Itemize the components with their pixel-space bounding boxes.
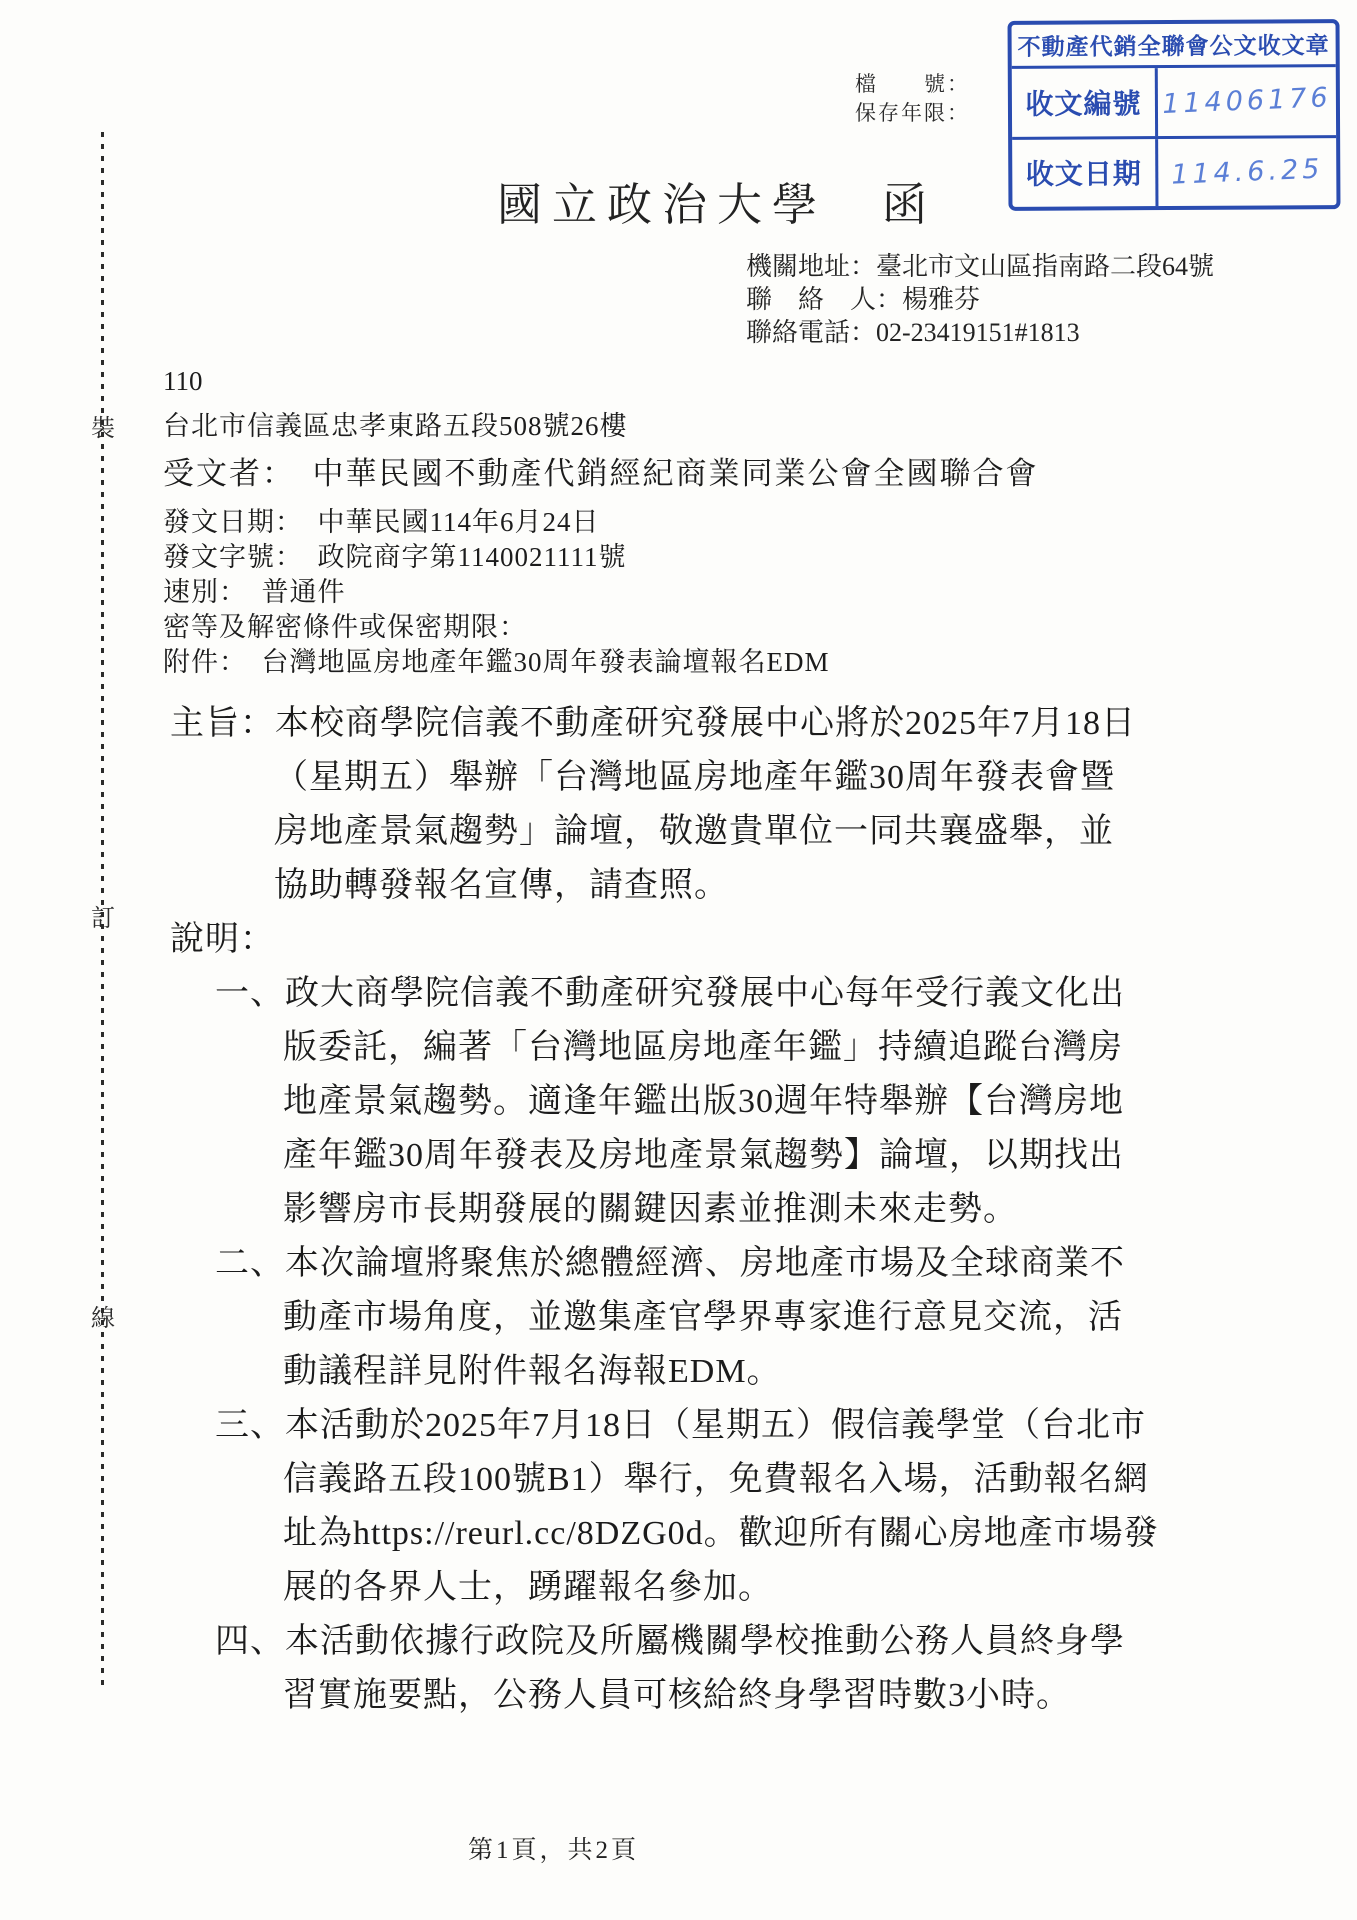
doc-number: 發文字號： 政院商字第1140021111號 — [163, 540, 830, 575]
archive-labels: 檔 號： 保存年限： — [855, 70, 970, 128]
page-number-footer: 第1頁，共2頁 — [468, 1830, 639, 1866]
binding-mark-xian: 線 — [90, 1298, 116, 1333]
explanation-item-1-line: 一、政大商學院信義不動產研究發展中心每年受行義文化出 — [215, 967, 1230, 1021]
subject-line: （星期五）舉辦「台灣地區房地產年鑑30周年發表會暨 — [274, 751, 1230, 805]
explanation-item-1-line: 產年鑑30周年發表及房地產景氣趨勢】論壇，以期找出 — [283, 1129, 1230, 1183]
subject-line: 協助轉發報名宣傳，請查照。 — [274, 859, 1230, 913]
archive-no-label: 檔 號： — [855, 70, 970, 99]
explanation-item-2-line: 動產市場角度，並邀集產官學界專家進行意見交流，活 — [283, 1291, 1230, 1345]
receipt-stamp-row-date: 收文日期 114.6.25 — [1012, 138, 1336, 207]
subject-line: 主旨：本校商學院信義不動產研究發展中心將於2025年7月18日 — [170, 697, 1230, 751]
binding-mark-zhuang: 裝 — [90, 408, 116, 443]
explanation-item-3-line: 展的各界人士，踴躍報名參加。 — [283, 1561, 1230, 1615]
letter-body: 主旨：本校商學院信義不動產研究發展中心將於2025年7月18日 （星期五）舉辦「… — [170, 697, 1230, 1723]
explanation-item-4-line: 四、本活動依據行政院及所屬機關學校推動公務人員終身學 — [215, 1615, 1230, 1669]
explanation-item-1-line: 地產景氣趨勢。適逢年鑑出版30週年特舉辦【台灣房地 — [283, 1075, 1230, 1129]
security-class: 密等及解密條件或保密期限： — [163, 610, 830, 645]
explanation-item-1-line: 影響房市長期發展的關鍵因素並推測未來走勢。 — [283, 1183, 1230, 1237]
recipient-line: 受文者： 中華民國不動產代銷經紀商業同業公會全國聯合會 — [163, 448, 1039, 493]
sender-info-block: 機關地址：臺北市文山區指南路二段64號 聯 絡 人：楊雅芬 聯絡電話：02-23… — [746, 250, 1214, 349]
explanation-item-1-line: 版委託，編著「台灣地區房地產年鑑」持續追蹤台灣房 — [283, 1021, 1230, 1075]
explanation-item-3-line: 信義路五段100號B1）舉行，免費報名入場，活動報名網 — [283, 1453, 1230, 1507]
receipt-stamp-row-number: 收文編號 11406176 — [1012, 67, 1336, 139]
explanation-item-3-line: 址為https://reurl.cc/8DZG0d。歡迎所有關心房地產市場發 — [283, 1507, 1230, 1561]
subject-line: 房地產景氣趨勢」論壇，敬邀貴單位一同共襄盛舉，並 — [274, 805, 1230, 859]
receipt-date-label: 收文日期 — [1012, 139, 1158, 207]
explanation-heading: 說明： — [170, 913, 1230, 967]
letter-title: 國立政治大學 函 — [497, 168, 937, 233]
binding-mark-ding: 訂 — [90, 898, 116, 933]
scanned-official-letter-page: 裝 訂 線 檔 號： 保存年限： 不動產代銷全聯會公文收文章 收文編號 1140… — [0, 0, 1357, 1920]
receipt-number-handwritten: 11406176 — [1157, 64, 1338, 139]
explanation-item-2-line: 動議程詳見附件報名海報EDM。 — [283, 1345, 1230, 1399]
sender-address: 機關地址：臺北市文山區指南路二段64號 — [746, 250, 1214, 283]
issue-date: 發文日期： 中華民國114年6月24日 — [163, 505, 830, 540]
speed-class: 速別： 普通件 — [163, 575, 830, 610]
sender-phone: 聯絡電話：02-23419151#1813 — [746, 316, 1214, 349]
receipt-date-handwritten: 114.6.25 — [1157, 135, 1338, 210]
retention-label: 保存年限： — [855, 99, 970, 128]
receipt-number-label: 收文編號 — [1012, 68, 1158, 136]
explanation-item-4-line: 習實施要點，公務人員可核給終身學習時數3小時。 — [283, 1669, 1230, 1723]
recipient-address: 台北市信義區忠孝東路五段508號26樓 — [163, 404, 628, 443]
sender-contact-person: 聯 絡 人：楊雅芬 — [746, 283, 1214, 316]
explanation-item-2-line: 二、本次論壇將聚焦於總體經濟、房地產市場及全球商業不 — [215, 1237, 1230, 1291]
receipt-stamp: 不動產代銷全聯會公文收文章 收文編號 11406176 收文日期 114.6.2… — [1008, 19, 1341, 211]
metadata-block: 發文日期： 中華民國114年6月24日 發文字號： 政院商字第114002111… — [163, 505, 830, 680]
explanation-item-3-line: 三、本活動於2025年7月18日（星期五）假信義學堂（台北市 — [215, 1399, 1230, 1453]
receipt-stamp-title: 不動產代銷全聯會公文收文章 — [1012, 23, 1336, 69]
attachment-note: 附件： 台灣地區房地產年鑑30周年發表論壇報名EDM — [163, 645, 830, 680]
recipient-postal-code: 110 — [163, 366, 203, 397]
